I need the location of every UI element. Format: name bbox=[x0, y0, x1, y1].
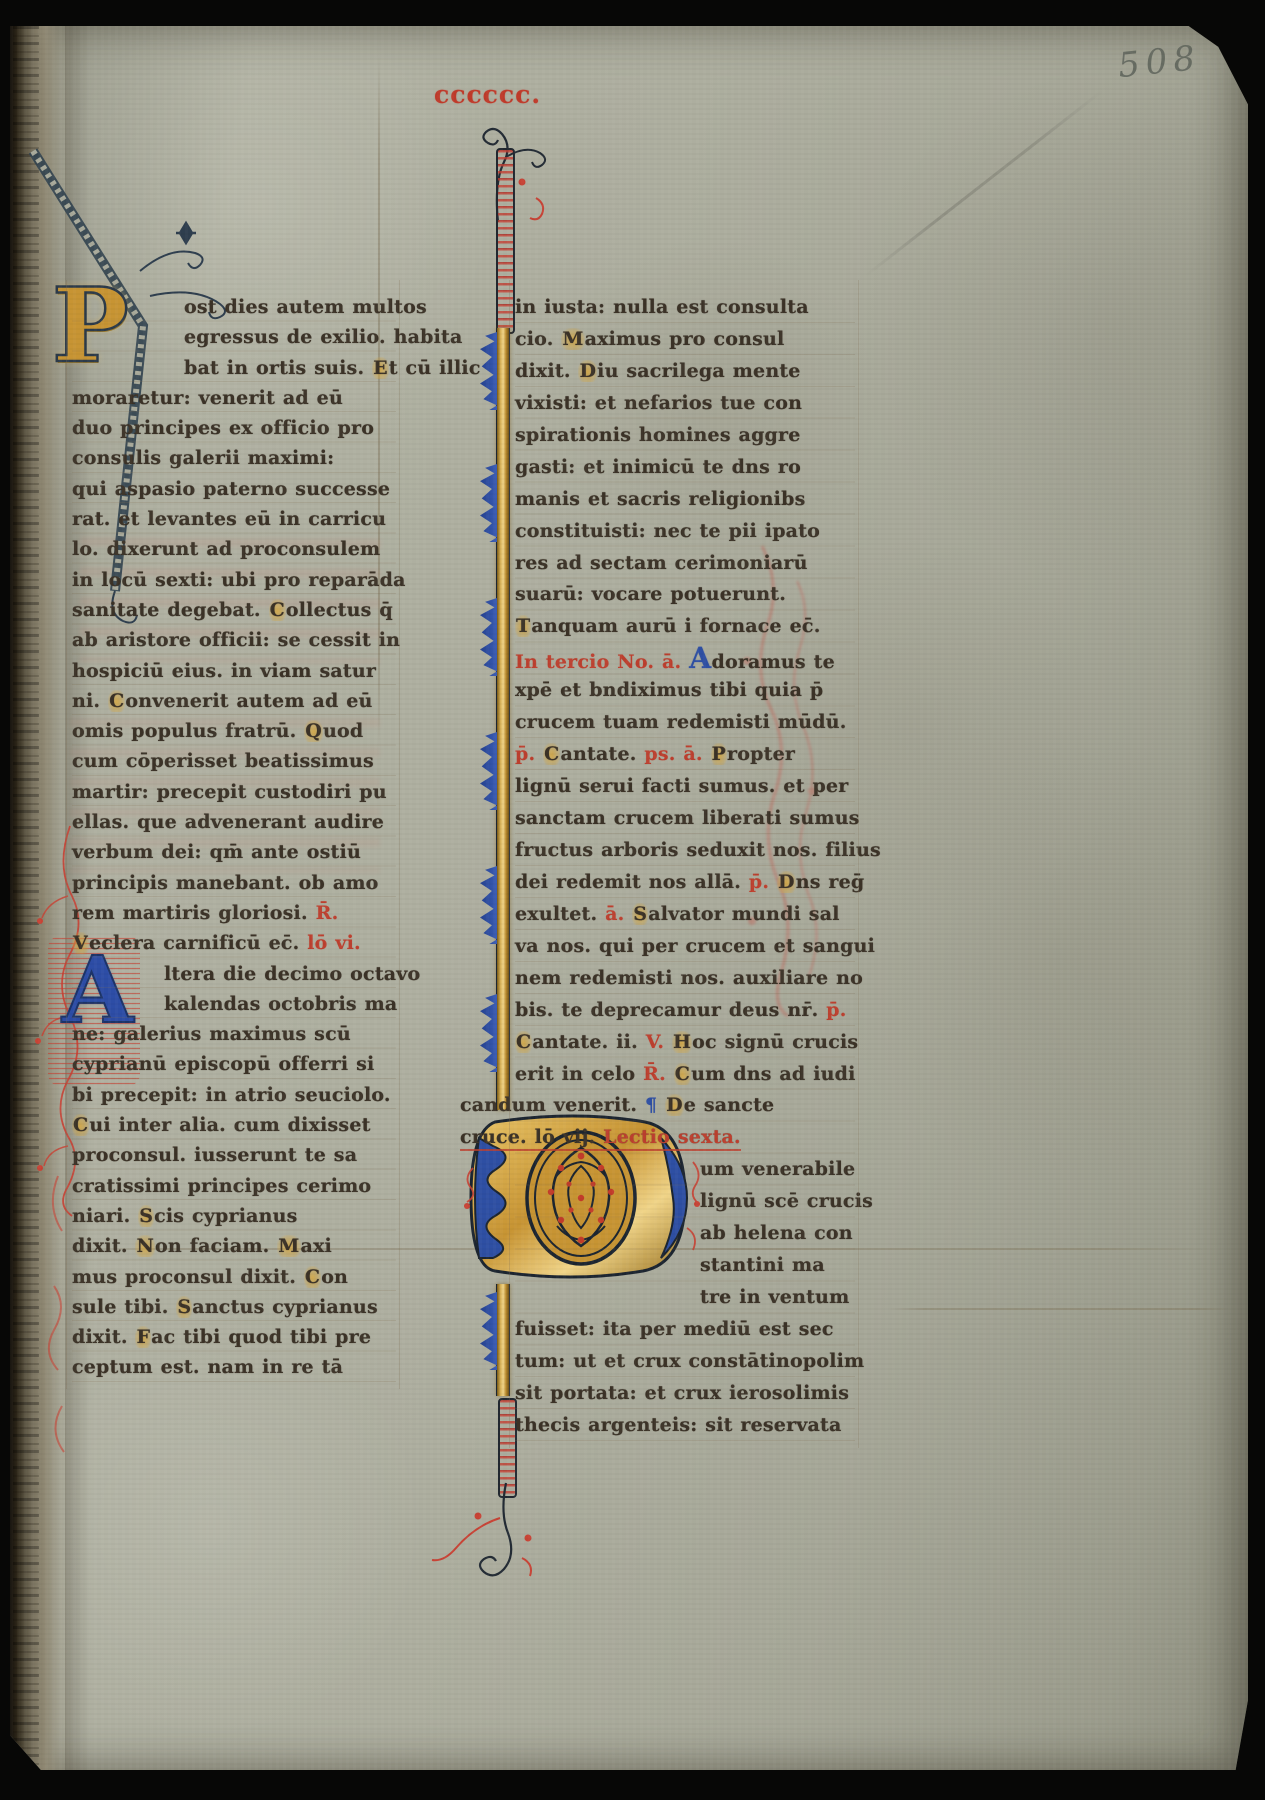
bar-cusp bbox=[480, 464, 497, 542]
manuscript-line: um venerabile bbox=[515, 1154, 855, 1186]
text-segment: P bbox=[711, 743, 728, 765]
text-segment: anquam aurū i fornace ec̄. bbox=[531, 615, 820, 637]
manuscript-line: tre in ventum bbox=[515, 1282, 855, 1314]
text-segment: um dns ad iudi bbox=[691, 1063, 856, 1085]
text-segment: moraretur: venerit ad eū bbox=[72, 387, 343, 409]
text-segment: Q bbox=[304, 720, 323, 742]
text-segment: ui inter alia. cum dixisset bbox=[89, 1114, 370, 1136]
text-segment: anctus cyprianus bbox=[192, 1296, 378, 1318]
manuscript-line: cum cōperisset beatissimus bbox=[72, 746, 396, 776]
bar-cusp bbox=[480, 332, 497, 410]
manuscript-line: verbum dei: qm̄ ante ostiū bbox=[72, 837, 396, 867]
text-segment: suarū: vocare potuerunt. bbox=[515, 583, 786, 605]
manuscript-line: vixisti: et nefarios tue con bbox=[515, 388, 855, 420]
text-segment: ollectus q̄ bbox=[286, 599, 393, 621]
manuscript-line: sanitate degebat. Collectus q̄ bbox=[72, 595, 396, 625]
manuscript-line: erit in celo R̄. Cum dns ad iudi bbox=[515, 1059, 855, 1091]
text-segment: t cū illic bbox=[389, 357, 481, 379]
manuscript-line: sanctam crucem liberati sumus bbox=[515, 803, 855, 835]
manuscript-line: crucem tuam redemisti mūdū. bbox=[515, 707, 855, 739]
manuscript-line: In tercio No. ā. Adoramus te bbox=[515, 643, 855, 675]
text-segment: D bbox=[665, 1094, 684, 1116]
text-segment: e sancte bbox=[684, 1094, 775, 1116]
manuscript-line: moraretur: venerit ad eū bbox=[72, 383, 396, 413]
bar-bottom-flourish-icon bbox=[430, 1478, 570, 1588]
text-segment: ¶ bbox=[645, 1094, 665, 1116]
text-segment: T bbox=[515, 615, 531, 637]
manuscript-line: suarū: vocare potuerunt. bbox=[515, 579, 855, 611]
text-segment: exultet. bbox=[515, 903, 605, 925]
manuscript-line: cyprianū episcopū offerri si bbox=[72, 1049, 396, 1079]
text-segment: um venerabile bbox=[700, 1158, 855, 1180]
bar-cusp bbox=[480, 598, 497, 676]
text-segment: R̄. bbox=[643, 1063, 674, 1085]
manuscript-line: ab helena con bbox=[515, 1218, 855, 1250]
text-segment: eclera carnificū ec̄. bbox=[89, 932, 307, 954]
text-segment: uod bbox=[323, 720, 363, 742]
text-segment: cis cyprianus bbox=[154, 1205, 297, 1227]
text-segment: fructus arboris seduxit nos. filius bbox=[515, 839, 881, 861]
text-segment: ltera die decimo octavo bbox=[164, 963, 420, 985]
manuscript-line: dixit. Diu sacrilega mente bbox=[515, 356, 855, 388]
manuscript-line: bi precepit: in atrio seuciolo. bbox=[72, 1080, 396, 1110]
text-segment: S bbox=[632, 903, 648, 925]
text-segment: D bbox=[777, 871, 796, 893]
manuscript-line: fuisset: ita per mediū est sec bbox=[515, 1314, 855, 1346]
text-segment: ropter bbox=[727, 743, 795, 765]
text-segment: rat. et levantes eū in carricu bbox=[72, 508, 386, 530]
text-segment: on bbox=[321, 1266, 348, 1288]
text-segment: ni. bbox=[72, 690, 108, 712]
text-segment: onvenerit autem ad eū bbox=[125, 690, 372, 712]
text-segment: cyprianū episcopū offerri si bbox=[72, 1053, 374, 1075]
text-segment: lo. dixerunt ad proconsulem bbox=[72, 538, 380, 560]
text-segment: martir: precepit custodiri pu bbox=[72, 781, 387, 803]
manuscript-line: nem redemisti nos. auxiliare no bbox=[515, 963, 855, 995]
text-segment: ellas. que advenerant audire bbox=[72, 811, 384, 833]
text-segment: tum: ut et crux constātinopolim bbox=[515, 1350, 864, 1372]
bar-cusp bbox=[480, 732, 497, 810]
text-segment: cum cōperisset beatissimus bbox=[72, 750, 374, 772]
text-segment: C bbox=[543, 743, 560, 765]
text-segment: In tercio No. ā. bbox=[515, 651, 689, 673]
folio-number: 508 bbox=[1116, 38, 1203, 86]
manuscript-line: mus proconsul dixit. Con bbox=[72, 1262, 396, 1292]
quire-mark: cccccc. bbox=[434, 80, 554, 109]
text-segment: crucem tuam redemisti mūdū. bbox=[515, 711, 847, 733]
manuscript-line: rem martiris gloriosi. R̄. bbox=[72, 898, 396, 928]
manuscript-line: ni. Convenerit autem ad eū bbox=[72, 686, 396, 716]
bar-gold bbox=[496, 328, 510, 1110]
text-segment: ab helena con bbox=[700, 1222, 853, 1244]
text-segment: erit in celo bbox=[515, 1063, 643, 1085]
manuscript-line: xpē et bndiximus tibi quia p̄ bbox=[515, 675, 855, 707]
text-segment: ns reḡ bbox=[796, 871, 865, 893]
text-segment: C bbox=[674, 1063, 691, 1085]
text-segment: S bbox=[176, 1296, 192, 1318]
manuscript-line: bis. te deprecamur deus nr̄. p̄. bbox=[515, 995, 855, 1027]
text-segment: ne: galerius maximus scū bbox=[72, 1023, 351, 1045]
manuscript-line: ceptum est. nam in re tā bbox=[72, 1352, 396, 1382]
pencil-streak bbox=[865, 90, 1103, 277]
bar-cusp bbox=[480, 1292, 497, 1370]
text-segment: qui aspasio paterno successe bbox=[72, 478, 390, 500]
text-segment: antate. ii. bbox=[532, 1031, 645, 1053]
text-segment: N bbox=[135, 1235, 155, 1257]
text-segment: nem redemisti nos. auxiliare no bbox=[515, 967, 863, 989]
manuscript-line: thecis argenteis: sit reservata bbox=[515, 1410, 855, 1442]
text-segment: F bbox=[135, 1326, 151, 1348]
text-segment: H bbox=[672, 1031, 692, 1053]
text-segment: iu sacrilega mente bbox=[597, 360, 800, 382]
text-segment: ac tibi quod tibi pre bbox=[151, 1326, 371, 1348]
text-segment: hospiciū eius. in viam satur bbox=[72, 660, 376, 682]
text-segment: C bbox=[269, 599, 286, 621]
text-segment: niari. bbox=[72, 1205, 138, 1227]
text-segment: bat in ortis suis. bbox=[184, 357, 372, 379]
text-segment: manis et sacris religionibs bbox=[515, 488, 805, 510]
manuscript-line: res ad sectam cerimoniarū bbox=[515, 548, 855, 580]
text-segment: alvator mundi sal bbox=[648, 903, 839, 925]
manuscript-line: niari. Scis cyprianus bbox=[72, 1201, 396, 1231]
text-segment: fuisset: ita per mediū est sec bbox=[515, 1318, 834, 1340]
manuscript-line: candum venerit. ¶ De sancte bbox=[460, 1090, 855, 1122]
text-segment: ost dies autem multos bbox=[184, 296, 427, 318]
manuscript-line: ab aristore officii: se cessit in bbox=[72, 625, 396, 655]
text-segment: A bbox=[689, 641, 711, 675]
bar-ladder-top bbox=[496, 148, 515, 334]
text-segment: ceptum est. nam in re tā bbox=[72, 1356, 343, 1378]
text-segment: sanitate degebat. bbox=[72, 599, 269, 621]
manuscript-line: bat in ortis suis. Et cū illic bbox=[72, 353, 396, 383]
manuscript-line: cruce. lō vij. Lectio sexta. bbox=[460, 1122, 855, 1154]
manuscript-line: Cui inter alia. cum dixisset bbox=[72, 1110, 396, 1140]
text-segment: ab aristore officii: se cessit in bbox=[72, 629, 400, 651]
text-segment: antate. bbox=[560, 743, 644, 765]
text-segment: sit portata: et crux ierosolimis bbox=[515, 1382, 849, 1404]
text-segment: xpē et bndiximus tibi quia p̄ bbox=[515, 679, 823, 701]
text-segment: C bbox=[304, 1266, 321, 1288]
text-segment: cio. bbox=[515, 328, 561, 350]
manuscript-line: duo principes ex officio pro bbox=[72, 413, 396, 443]
manuscript-line: spirationis homines aggre bbox=[515, 420, 855, 452]
text-column-left: ost dies autem multosegressus de exilio.… bbox=[72, 292, 396, 1383]
manuscript-line: rat. et levantes eū in carricu bbox=[72, 504, 396, 534]
text-segment: oc signū crucis bbox=[692, 1031, 858, 1053]
manuscript-line: tum: ut et crux constātinopolim bbox=[515, 1346, 855, 1378]
manuscript-line: kalendas octobris ma bbox=[72, 989, 396, 1019]
text-segment: sanctam crucem liberati sumus bbox=[515, 807, 860, 829]
manuscript-line: fructus arboris seduxit nos. filius bbox=[515, 835, 855, 867]
manuscript-line: cratissimi principes cerimo bbox=[72, 1171, 396, 1201]
manuscript-line: omis populus fratrū. Quod bbox=[72, 716, 396, 746]
manuscript-line: lignū serui facti sumus. et per bbox=[515, 771, 855, 803]
manuscript-line: manis et sacris religionibs bbox=[515, 484, 855, 516]
manuscript-line: in locū sexti: ubi pro reparāda bbox=[72, 565, 396, 595]
manuscript-line: hospiciū eius. in viam satur bbox=[72, 656, 396, 686]
text-segment: p̄. bbox=[826, 999, 846, 1021]
manuscript-line: sule tibi. Sanctus cyprianus bbox=[72, 1292, 396, 1322]
manuscript-line: consulis galerii maximi: bbox=[72, 443, 396, 473]
text-segment: M bbox=[277, 1235, 300, 1257]
text-segment: M bbox=[561, 328, 584, 350]
bar-gold-lower bbox=[496, 1284, 510, 1396]
text-segment: V. bbox=[646, 1031, 672, 1053]
text-segment: proconsul. iusserunt te sa bbox=[72, 1144, 357, 1166]
manuscript-line: constituisti: nec te pii ipato bbox=[515, 516, 855, 548]
text-segment: V bbox=[72, 932, 89, 954]
manuscript-line: in iusta: nulla est consulta bbox=[515, 292, 855, 324]
manuscript-line: dixit. Non faciam. Maxi bbox=[72, 1231, 396, 1261]
text-segment: sule tibi. bbox=[72, 1296, 176, 1318]
text-segment: C bbox=[515, 1031, 532, 1053]
text-segment: C bbox=[108, 690, 125, 712]
text-segment: p̄. bbox=[749, 871, 777, 893]
text-segment: dixit. bbox=[72, 1326, 135, 1348]
manuscript-line: Cantate. ii. V. Hoc signū crucis bbox=[515, 1027, 855, 1059]
manuscript-line: Tanquam aurū i fornace ec̄. bbox=[515, 611, 855, 643]
manuscript-page: cccccc. 508 P bbox=[10, 26, 1248, 1770]
text-segment: dei redemit nos allā. bbox=[515, 871, 749, 893]
manuscript-line: dei redemit nos allā. p̄. Dns reḡ bbox=[515, 867, 855, 899]
text-segment: aximus pro consul bbox=[585, 328, 785, 350]
text-segment: E bbox=[372, 357, 389, 379]
text-segment: spirationis homines aggre bbox=[515, 424, 801, 446]
text-segment: candum venerit. bbox=[460, 1094, 645, 1116]
manuscript-line: sit portata: et crux ierosolimis bbox=[515, 1378, 855, 1410]
text-segment: vixisti: et nefarios tue con bbox=[515, 392, 802, 414]
text-segment: thecis argenteis: sit reservata bbox=[515, 1414, 842, 1436]
text-segment: R̄. bbox=[316, 902, 339, 924]
text-segment: kalendas octobris ma bbox=[164, 993, 397, 1015]
manuscript-line: cio. Maximus pro consul bbox=[515, 324, 855, 356]
manuscript-line: ost dies autem multos bbox=[72, 292, 396, 322]
text-segment: bi precepit: in atrio seuciolo. bbox=[72, 1084, 391, 1106]
text-segment: in iusta: nulla est consulta bbox=[515, 296, 809, 318]
text-segment: egressus de exilio. habita bbox=[184, 326, 463, 348]
bar-cusp bbox=[480, 866, 497, 944]
text-segment: mus proconsul dixit. bbox=[72, 1266, 304, 1288]
text-segment: axi bbox=[301, 1235, 332, 1257]
text-segment: cratissimi principes cerimo bbox=[72, 1175, 371, 1197]
manuscript-line: egressus de exilio. habita bbox=[72, 322, 396, 352]
manuscript-line: lo. dixerunt ad proconsulem bbox=[72, 534, 396, 564]
manuscript-line: ltera die decimo octavo bbox=[72, 959, 396, 989]
text-segment: tre in ventum bbox=[700, 1286, 849, 1308]
text-segment: lignū serui facti sumus. et per bbox=[515, 775, 849, 797]
text-segment: dixit. bbox=[72, 1235, 135, 1257]
text-segment: gasti: et inimicū te dns ro bbox=[515, 456, 801, 478]
text-segment: va nos. qui per crucem et sangui bbox=[515, 935, 875, 957]
manuscript-line: p̄. Cantate. ps. ā. Propter bbox=[515, 739, 855, 771]
text-segment: omis populus fratrū. bbox=[72, 720, 304, 742]
text-segment: doramus te bbox=[711, 651, 834, 673]
manuscript-line: proconsul. iusserunt te sa bbox=[72, 1140, 396, 1170]
manuscript-line: gasti: et inimicū te dns ro bbox=[515, 452, 855, 484]
text-segment: dixit. bbox=[515, 360, 578, 382]
text-segment: in locū sexti: ubi pro reparāda bbox=[72, 569, 406, 591]
text-segment: on faciam. bbox=[155, 1235, 277, 1257]
text-segment: ps. ā. bbox=[644, 743, 710, 765]
text-segment: res ad sectam cerimoniarū bbox=[515, 552, 808, 574]
manuscript-line: dixit. Fac tibi quod tibi pre bbox=[72, 1322, 396, 1352]
text-segment: rem martiris gloriosi. bbox=[72, 902, 316, 924]
manuscript-line: martir: precepit custodiri pu bbox=[72, 777, 396, 807]
manuscript-line: exultet. ā. Salvator mundi sal bbox=[515, 899, 855, 931]
crease-line bbox=[890, 1308, 1230, 1310]
text-segment: ā. bbox=[605, 903, 632, 925]
manuscript-line: ellas. que advenerant audire bbox=[72, 807, 396, 837]
text-segment: lō vi. bbox=[307, 932, 361, 954]
manuscript-line: lignū scē crucis bbox=[515, 1186, 855, 1218]
text-segment: principis manebant. ob amo bbox=[72, 872, 379, 894]
manuscript-line: qui aspasio paterno successe bbox=[72, 474, 396, 504]
text-segment: D bbox=[578, 360, 597, 382]
manuscript-line: va nos. qui per crucem et sangui bbox=[515, 931, 855, 963]
manuscript-line: principis manebant. ob amo bbox=[72, 868, 396, 898]
text-segment: C bbox=[72, 1114, 89, 1136]
text-segment: constituisti: nec te pii ipato bbox=[515, 520, 820, 542]
text-segment: cruce. lō vij. bbox=[460, 1126, 603, 1151]
manuscript-line: ne: galerius maximus scū bbox=[72, 1019, 396, 1049]
text-segment: duo principes ex officio pro bbox=[72, 417, 374, 439]
text-segment: bis. te deprecamur deus nr̄. bbox=[515, 999, 826, 1021]
text-segment: consulis galerii maximi: bbox=[72, 447, 334, 469]
bar-cusp bbox=[480, 994, 497, 1072]
text-segment: lignū scē crucis bbox=[700, 1190, 873, 1212]
text-segment: Lectio sexta. bbox=[603, 1126, 741, 1151]
text-segment: p̄. bbox=[515, 743, 543, 765]
text-segment: stantini ma bbox=[700, 1254, 825, 1276]
manuscript-line: stantini ma bbox=[515, 1250, 855, 1282]
text-segment: verbum dei: qm̄ ante ostiū bbox=[72, 841, 361, 863]
manuscript-line: Veclera carnificū ec̄. lō vi. bbox=[72, 928, 396, 958]
text-segment: S bbox=[138, 1205, 154, 1227]
text-column-right: in iusta: nulla est consultacio. Maximus… bbox=[515, 292, 855, 1442]
